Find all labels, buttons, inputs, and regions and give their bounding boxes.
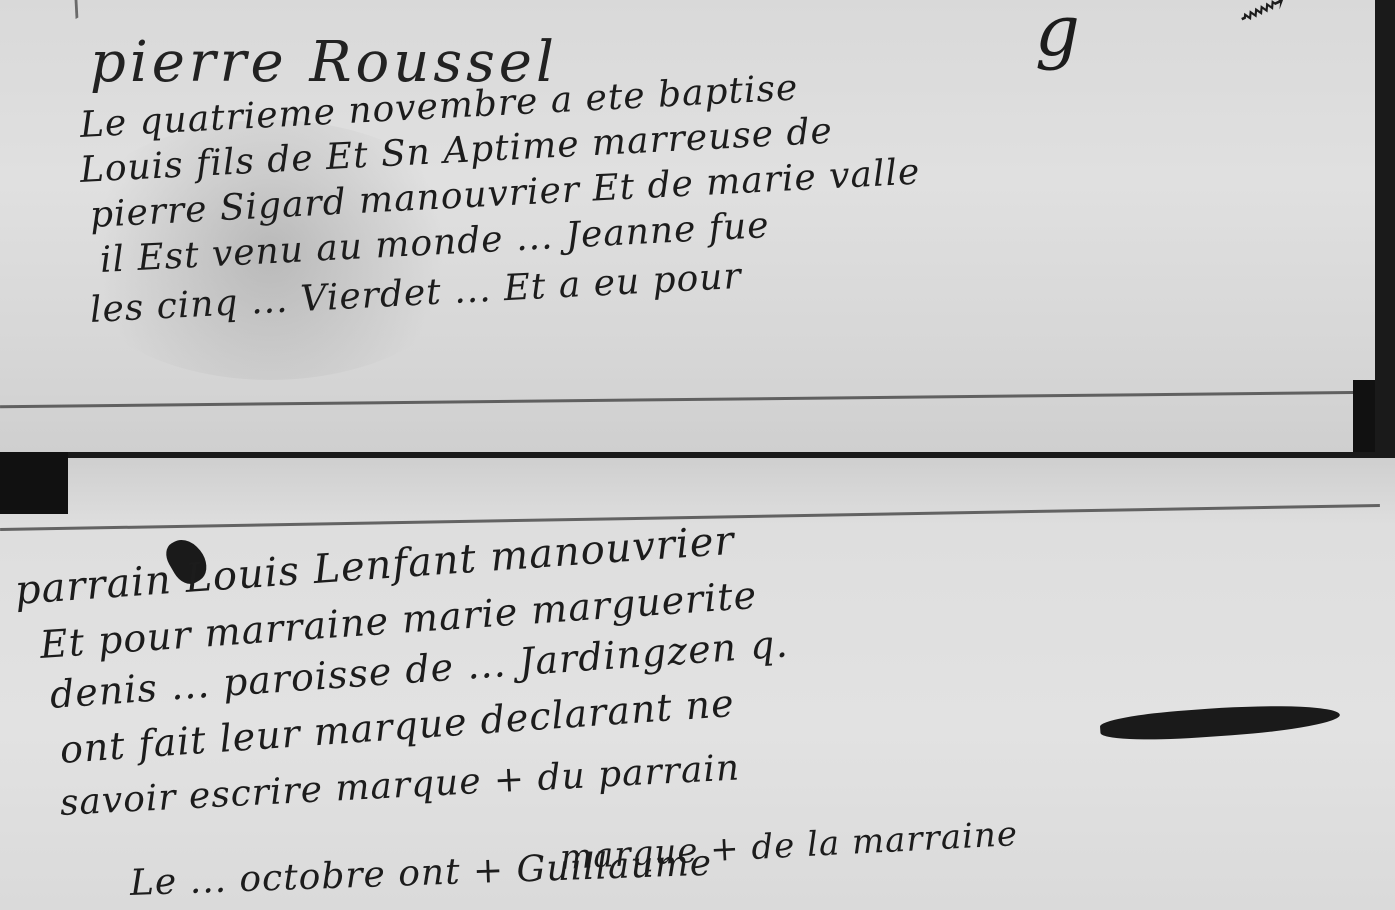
next-entry-line: Le ... octobre ont + Guillaume — [129, 843, 712, 904]
page-edge-shadow — [1353, 380, 1375, 452]
page-fold — [0, 391, 1375, 408]
stroke-fragment: / — [59, 0, 95, 23]
register-page-top: / pierre Roussel g ⟿ Le quatrieme novemb… — [0, 0, 1375, 452]
quill-flourish: ⟿ — [1232, 0, 1294, 38]
margin-mark: g — [1035, 0, 1081, 72]
ink-smudge — [1099, 700, 1340, 745]
corner-shadow — [0, 458, 68, 514]
register-page-bottom: parrain Louis Lenfant manouvrier Et pour… — [0, 458, 1395, 910]
